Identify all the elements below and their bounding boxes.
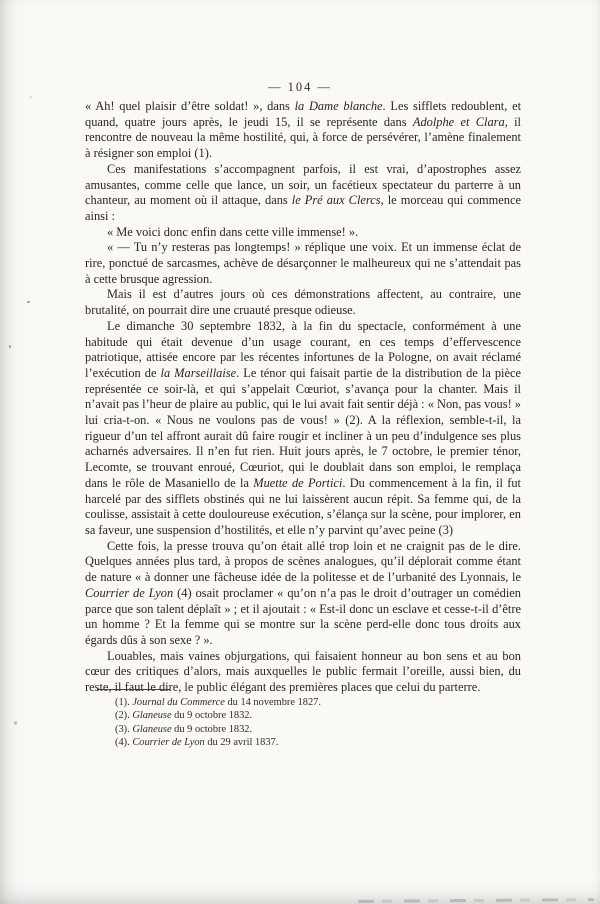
italic-title: Muette de Portici [253, 476, 342, 490]
text-run: « Me voici donc enfin dans cette ville i… [107, 225, 358, 239]
text-run: Mais il est d’autres jours où ces démons… [85, 287, 521, 317]
footnote: (4). Courrier de Lyon du 29 avril 1837. [115, 736, 521, 749]
text-run: « Ah! quel plaisir d’être soldat! », dan… [85, 99, 295, 113]
text-run: du 9 octobre 1832. [172, 710, 253, 721]
text-run: (1). [115, 697, 132, 708]
footnote: (3). Glaneuse du 9 octobre 1832. [115, 723, 521, 736]
paragraph: « Me voici donc enfin dans cette ville i… [85, 225, 521, 241]
text-run: Cette fois, la presse trouva qu’on était… [85, 539, 521, 584]
text-run: « — Tu n’y resteras pas longtemps! » rép… [85, 240, 521, 285]
italic-title: le Pré aux Clercs [292, 193, 381, 207]
text-run: Louables, mais vaines objurgations, qui … [85, 649, 521, 694]
page-number: — 104 — [268, 80, 332, 94]
scan-speck [30, 96, 32, 98]
text-run: du 14 novembre 1827. [225, 697, 321, 708]
italic-title: Glaneuse [132, 724, 171, 735]
italic-title: Courrier de Lyon [85, 586, 173, 600]
footnotes: (1). Journal du Commerce du 14 novembre … [115, 696, 521, 750]
body-text: « Ah! quel plaisir d’être soldat! », dan… [85, 99, 521, 696]
scan-speck [14, 721, 17, 725]
scan-speck [27, 301, 30, 303]
footnote-separator [97, 689, 170, 690]
italic-title: Glaneuse [132, 710, 171, 721]
paragraph: Mais il est d’autres jours où ces démons… [85, 287, 521, 318]
text-run: du 9 octobre 1832. [172, 724, 253, 735]
footnote: (1). Journal du Commerce du 14 novembre … [115, 696, 521, 709]
text-run: (4). [115, 737, 132, 748]
italic-title: la Dame blanche [295, 99, 383, 113]
paragraph: Le dimanche 30 septembre 1832, à la fin … [85, 319, 521, 539]
scan-speck [9, 345, 11, 348]
text-run: . Le ténor qui faisait partie de la dist… [85, 366, 521, 490]
scan-artifact [358, 898, 594, 903]
paragraph: « — Tu n’y resteras pas longtemps! » rép… [85, 240, 521, 287]
text-run: du 29 avril 1837. [205, 737, 279, 748]
italic-title: Adolphe et Clara [413, 115, 505, 129]
text-run: (3). [115, 724, 132, 735]
paragraph: Cette fois, la presse trouva qu’on était… [85, 539, 521, 649]
text-run: (2). [115, 710, 132, 721]
italic-title: la Marseillaise [161, 366, 237, 380]
footnote: (2). Glaneuse du 9 octobre 1832. [115, 709, 521, 722]
page-header: — 104 — [0, 80, 600, 95]
paragraph: « Ah! quel plaisir d’être soldat! », dan… [85, 99, 521, 162]
italic-title: Courrier de Lyon [132, 737, 204, 748]
paragraph: Ces manifestations s’accompagnent parfoi… [85, 162, 521, 225]
book-page: — 104 — « Ah! quel plaisir d’être soldat… [0, 0, 600, 904]
italic-title: Journal du Commerce [132, 697, 225, 708]
